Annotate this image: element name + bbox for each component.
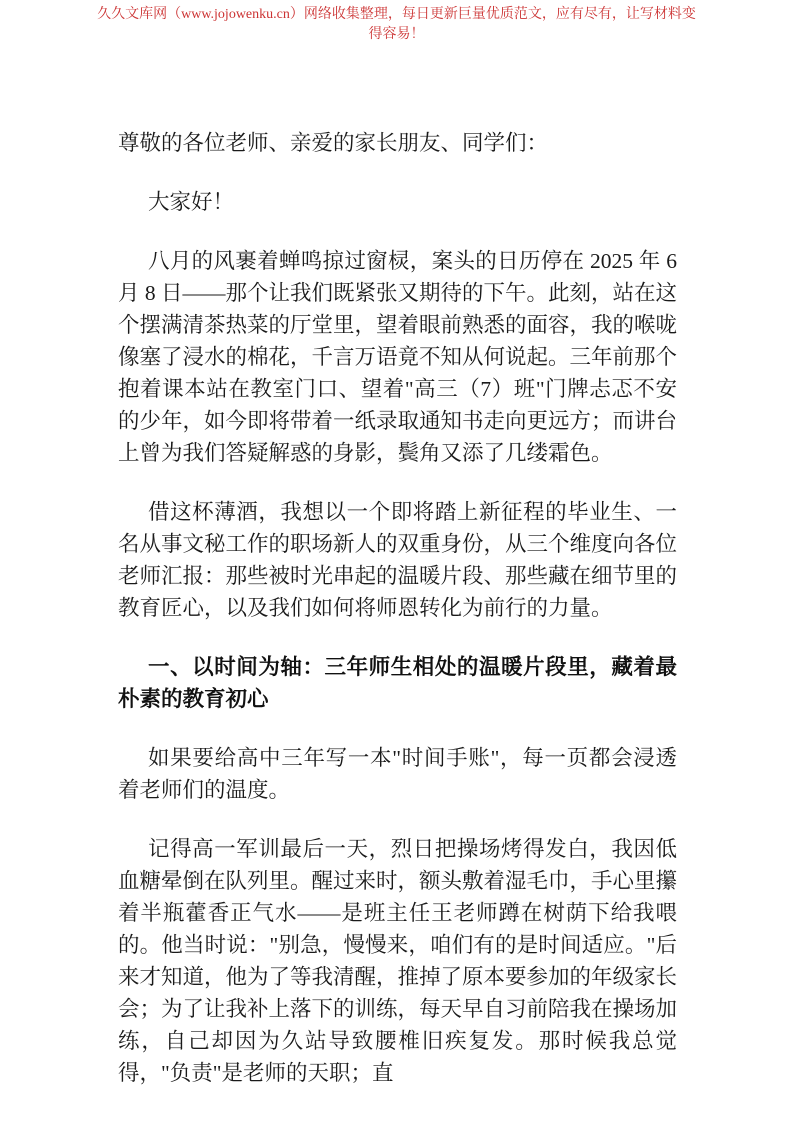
section-1-paragraph-2: 记得高一军训最后一天，烈日把操场烤得发白，我因低血糖晕倒在队列里。醒过来时，额头… [118,833,677,1089]
salutation-line: 尊敬的各位老师、亲爱的家长朋友、同学们： [118,127,677,159]
section-1-heading: 一、以时间为轴：三年师生相处的温暖片段里，藏着最朴素的教育初心 [118,651,677,715]
document-page: 久久文库网（www.jojowenku.cn）网络收集整理，每日更新巨量优质范文… [0,0,793,1122]
section-1-paragraph-1: 如果要给高中三年写一本"时间手账"，每一页都会浸透着老师们的温度。 [118,742,677,806]
greeting-line: 大家好！ [118,186,677,218]
intro-paragraph-1: 八月的风裹着蝉鸣掠过窗棂，案头的日历停在 2025 年 6 月 8 日——那个让… [118,245,677,469]
document-content: 尊敬的各位老师、亲爱的家长朋友、同学们： 大家好！ 八月的风裹着蝉鸣掠过窗棂，案… [118,127,677,1089]
intro-paragraph-2: 借这杯薄酒，我想以一个即将踏上新征程的毕业生、一名从事文秘工作的职场新人的双重身… [118,496,677,624]
watermark-banner: 久久文库网（www.jojowenku.cn）网络收集整理，每日更新巨量优质范文… [91,0,703,45]
